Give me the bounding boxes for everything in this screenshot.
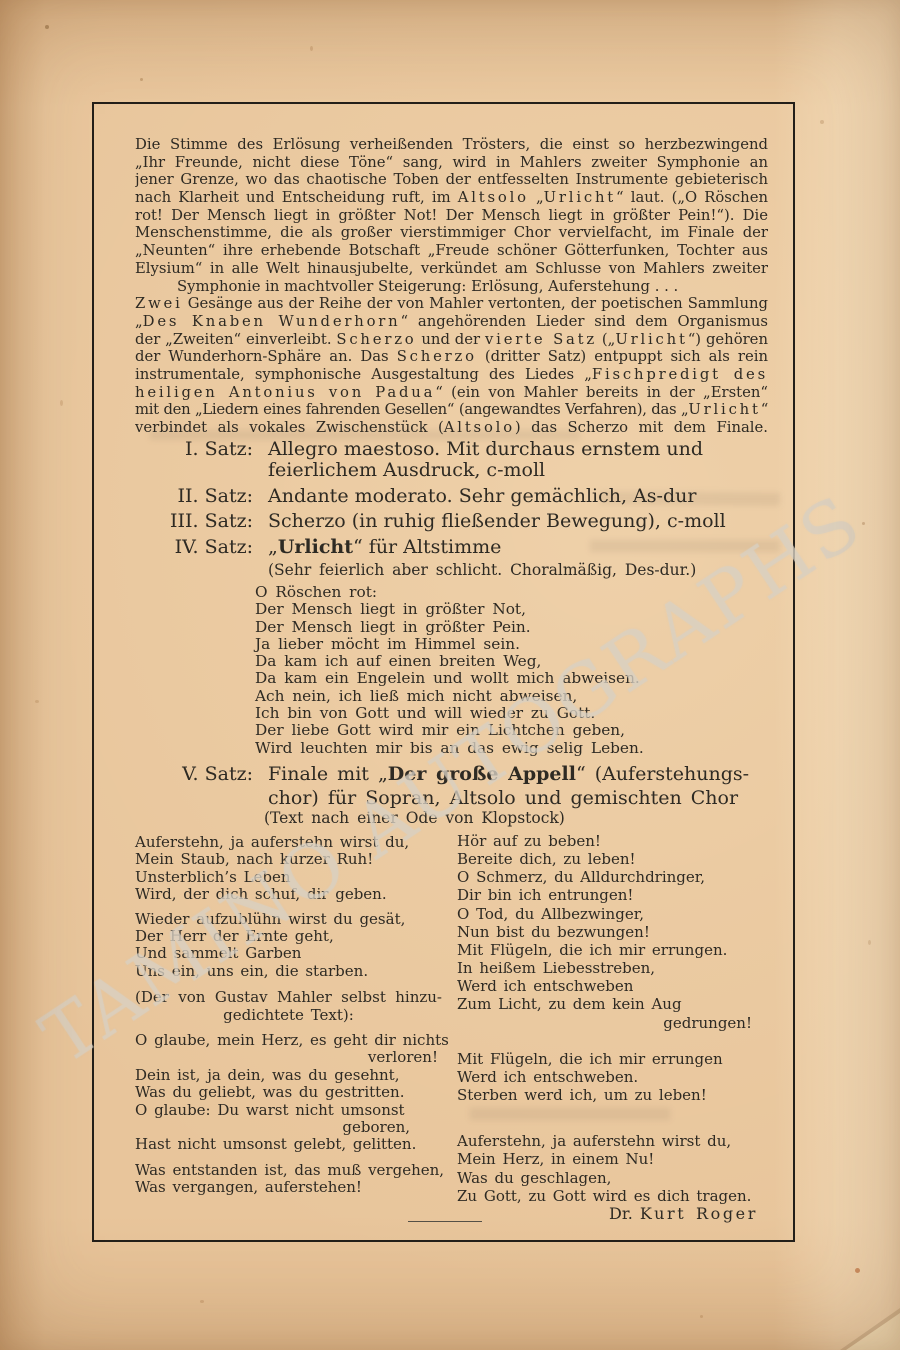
text-run: O Röschen rot: bbox=[255, 583, 377, 601]
text-run: Finale mit „ bbox=[268, 763, 388, 785]
chorus-left-column: Auferstehn, ja auferstehn wirst du,Mein … bbox=[135, 832, 442, 1197]
text-line: Und sammelt Garben bbox=[135, 945, 442, 962]
stanza: Hör auf zu beben!Bereite dich, zu leben!… bbox=[457, 832, 772, 1032]
finale-heading-lines: Finale mit „Der große Appell“ (Aufersteh… bbox=[268, 762, 780, 810]
text-run: “ (ein von Mahler bereits in der „Ersten… bbox=[435, 384, 768, 401]
text-run: Der große Appell bbox=[388, 763, 576, 785]
text-run: Altsolo bbox=[458, 189, 529, 206]
text-line: Scherzo (in ruhig fließender Bewegung), … bbox=[268, 511, 775, 532]
text-run: der Wunderhorn-Sphäre an. Das bbox=[135, 348, 397, 365]
text-run: Symphonie in machtvoller Steigerung: Erl… bbox=[177, 278, 678, 295]
paper-speck bbox=[862, 522, 865, 525]
stanza: Auferstehn, ja auferstehn wirst du,Mein … bbox=[457, 1132, 772, 1205]
text-run: Scherzo (in ruhig fließender Bewegung), … bbox=[268, 510, 726, 532]
movement-item: II. Satz:Andante moderato. Sehr gemächli… bbox=[135, 486, 775, 507]
text-line: verbindet als vokales Zwischenstück (Alt… bbox=[135, 419, 768, 437]
text-line: Wird leuchten mir bis an das ewig selig … bbox=[255, 740, 675, 757]
text-line: Unsterblich’s Leben bbox=[135, 869, 442, 886]
finale-line-2: chor) für Sopran, Altsolo und gemischten… bbox=[268, 786, 780, 810]
text-run: Sterben werd ich, um zu leben! bbox=[457, 1086, 707, 1104]
text-line: Hör auf zu beben! bbox=[457, 832, 772, 850]
text-line: O glaube, mein Herz, es geht dir nichts bbox=[135, 1032, 442, 1049]
text-run: Scherzo bbox=[336, 331, 416, 348]
movement-text: „Urlicht“ für Altstimme bbox=[268, 537, 775, 558]
movement-text: Andante moderato. Sehr gemächlich, As-du… bbox=[268, 486, 775, 507]
text-line: Hast nicht umsonst gelebt, gelitten. bbox=[135, 1136, 442, 1153]
text-line: Andante moderato. Sehr gemächlich, As-du… bbox=[268, 486, 775, 507]
text-run: gedrungen! bbox=[663, 1014, 752, 1032]
text-run: In heißem Liebesstreben, bbox=[457, 959, 655, 977]
movement-text: Scherzo (in ruhig fließender Bewegung), … bbox=[268, 511, 775, 532]
klopstock-note: (Text nach einer Ode von Klopstock) bbox=[264, 810, 780, 827]
text-run: “ angehörenden Lieder sind dem Organismu… bbox=[401, 313, 769, 330]
text-line: Werd ich entschweben. bbox=[457, 1068, 772, 1086]
text-run: Werd ich entschweben bbox=[457, 977, 633, 995]
text-line: Was vergangen, auferstehen! bbox=[135, 1179, 442, 1196]
chorus-right-stanzas: Hör auf zu beben!Bereite dich, zu leben!… bbox=[457, 832, 772, 1205]
text-line: instrumentale, symphonische Ausgestaltun… bbox=[135, 366, 768, 384]
movement-items: I. Satz:Allegro maestoso. Mit durchaus e… bbox=[135, 439, 775, 558]
text-line: Menschenstimme, die als großer vierstimm… bbox=[135, 224, 768, 242]
text-line: Was du geliebt, was du gestritten. bbox=[135, 1084, 442, 1101]
paper-speck bbox=[45, 25, 49, 29]
text-line: Der liebe Gott wird mir ein Lichtchen ge… bbox=[255, 722, 675, 739]
text-run: Hast nicht umsonst gelebt, gelitten. bbox=[135, 1135, 416, 1153]
text-line: chor) für Sopran, Altsolo und gemischten… bbox=[268, 786, 780, 810]
text-run: Der Mensch liegt in größter Not, bbox=[255, 600, 526, 618]
text-line: der Wunderhorn-Sphäre an. Das Scherzo (d… bbox=[135, 348, 768, 366]
text-run: Auferstehn, ja auferstehn wirst du, bbox=[135, 833, 409, 851]
text-run: Werd ich entschweben. bbox=[457, 1068, 638, 1086]
text-run: “ (Auferstehungs- bbox=[576, 763, 749, 785]
text-line: Ich bin von Gott und will wieder zu Gott… bbox=[255, 705, 675, 722]
text-run: Urlicht bbox=[615, 331, 687, 348]
text-run: Mein Staub, nach kurzer Ruh! bbox=[135, 850, 373, 868]
text-line: Mein Herz, in einem Nu! bbox=[457, 1150, 772, 1168]
text-line: Da kam ein Engelein und wollt mich abwei… bbox=[255, 670, 675, 687]
text-run: Der Herr der Ernte geht, bbox=[135, 927, 334, 945]
text-line: Der Mensch liegt in größter Pein. bbox=[255, 619, 675, 636]
text-run: Was entstanden ist, das muß vergehen, bbox=[135, 1161, 444, 1179]
text-run: Zum Licht, zu dem kein Aug bbox=[457, 995, 682, 1013]
text-run: Scherzo bbox=[397, 348, 477, 365]
text-run: Der liebe Gott wird mir ein Lichtchen ge… bbox=[255, 721, 625, 739]
text-run: Des Knaben Wunderhorn bbox=[143, 313, 401, 330]
text-line: Dein ist, ja dein, was du gesehnt, bbox=[135, 1067, 442, 1084]
text-run: Gesänge aus der Reihe der von Mahler ver… bbox=[183, 295, 768, 312]
text-run: Was du geliebt, was du gestritten. bbox=[135, 1083, 404, 1101]
text-run: Ja lieber möcht im Himmel sein. bbox=[255, 635, 520, 653]
stanza: Mit Flügeln, die ich mir errungenWerd ic… bbox=[457, 1050, 772, 1104]
text-run: Wird, der dich schuf, dir geben. bbox=[135, 885, 387, 903]
movement-label: II. Satz: bbox=[135, 486, 253, 507]
paper-speck bbox=[855, 1268, 860, 1273]
text-run: Hör auf zu beben! bbox=[457, 832, 601, 850]
text-line: „Des Knaben Wunderhorn“ angehörenden Lie… bbox=[135, 313, 768, 331]
text-line: Was entstanden ist, das muß vergehen, bbox=[135, 1162, 442, 1179]
text-run: mit den „Liedern eines fahrenden Geselle… bbox=[135, 401, 688, 418]
movement-item: I. Satz:Allegro maestoso. Mit durchaus e… bbox=[135, 439, 775, 481]
movement-list: I. Satz:Allegro maestoso. Mit durchaus e… bbox=[135, 439, 775, 579]
text-run: jener Grenze, wo das chaotische Toben de… bbox=[135, 171, 768, 188]
paper-speck bbox=[140, 78, 143, 81]
text-line: Werd ich entschweben bbox=[457, 977, 772, 995]
text-run: („ bbox=[597, 331, 615, 348]
text-run: Und sammelt Garben bbox=[135, 944, 301, 962]
text-run: heiligen Antonius von Padua bbox=[135, 384, 435, 401]
text-line: In heißem Liebesstreben, bbox=[457, 959, 772, 977]
text-line: Die Stimme des Erlösung verheißenden Trö… bbox=[135, 136, 768, 154]
text-run: O glaube: Du warst nicht umsonst bbox=[135, 1101, 405, 1119]
text-line: Elysium“ in alle Welt hinausjubelte, ver… bbox=[135, 260, 768, 278]
text-line: „Neunten“ ihre erhebende Botschaft „Freu… bbox=[135, 242, 768, 260]
text-run: Nun bist du bezwungen! bbox=[457, 923, 650, 941]
text-run: und der bbox=[417, 331, 486, 348]
text-line: Finale mit „Der große Appell“ (Aufersteh… bbox=[268, 762, 780, 786]
text-run: Dir bin ich entrungen! bbox=[457, 886, 633, 904]
text-run: Allegro maestoso. Mit durchaus ernstem u… bbox=[268, 438, 703, 460]
text-run: nach Klarheit und Entscheidung ruft, im bbox=[135, 189, 458, 206]
finale-line-1: Finale mit „Der große Appell“ (Aufersteh… bbox=[268, 762, 780, 786]
text-line: O Röschen rot: bbox=[255, 584, 675, 601]
text-line: Bereite dich, zu leben! bbox=[457, 850, 772, 868]
text-run: “ für Altstimme bbox=[353, 536, 501, 558]
movement-item: III. Satz:Scherzo (in ruhig fließender B… bbox=[135, 511, 775, 532]
text-run: Mein Herz, in einem Nu! bbox=[457, 1150, 654, 1168]
text-line: gedichtete Text): bbox=[135, 1007, 442, 1024]
text-run: Mit Flügeln, die ich mir errungen. bbox=[457, 941, 727, 959]
text-run: “ bbox=[761, 401, 768, 418]
text-line: nach Klarheit und Entscheidung ruft, im … bbox=[135, 189, 768, 207]
paper-speck bbox=[310, 46, 313, 51]
text-line: „Urlicht“ für Altstimme bbox=[268, 537, 775, 558]
urlicht-poem: O Röschen rot:Der Mensch liegt in größte… bbox=[255, 584, 675, 757]
text-line: Ja lieber möcht im Himmel sein. bbox=[255, 636, 675, 653]
text-line: „Ihr Freunde, nicht diese Töne“ sang, wi… bbox=[135, 154, 768, 172]
text-line: Zu Gott, zu Gott wird es dich tragen. bbox=[457, 1187, 772, 1205]
text-run: Zu Gott, zu Gott wird es dich tragen. bbox=[457, 1187, 751, 1205]
text-line: verloren! bbox=[135, 1049, 442, 1066]
text-line: O glaube: Du warst nicht umsonst bbox=[135, 1102, 442, 1119]
text-run: O Tod, du Allbezwinger, bbox=[457, 905, 644, 923]
movement-label: I. Satz: bbox=[135, 439, 253, 481]
text-line: Der Herr der Ernte geht, bbox=[135, 928, 442, 945]
urlicht-tempo-note: (Sehr feierlich aber schlicht. Choralmäß… bbox=[268, 562, 775, 579]
stanza: Was entstanden ist, das muß vergehen,Was… bbox=[135, 1162, 442, 1197]
text-line: feierlichem Ausdruck, c-moll bbox=[268, 460, 775, 481]
paper-speck bbox=[200, 1300, 204, 1303]
stanza: Auferstehn, ja auferstehn wirst du,Mein … bbox=[135, 834, 442, 904]
text-run: “) gehören bbox=[688, 331, 768, 348]
text-run: (dritter Satz) entpuppt sich als rein bbox=[477, 348, 768, 365]
finale-heading: V. Satz: Finale mit „Der große Appell“ (… bbox=[135, 762, 780, 827]
text-run: Elysium“ in alle Welt hinausjubelte, ver… bbox=[135, 260, 768, 277]
text-run: Andante moderato. Sehr gemächlich, As-du… bbox=[268, 485, 696, 507]
text-run: der „Zweiten“ einverleibt. bbox=[135, 331, 336, 348]
text-line: O Schmerz, du Alldurchdringer, bbox=[457, 868, 772, 886]
text-line: heiligen Antonius von Padua“ (ein von Ma… bbox=[135, 384, 768, 402]
text-line: der „Zweiten“ einverleibt. Scherzo und d… bbox=[135, 331, 768, 349]
text-line: mit den „Liedern eines fahrenden Geselle… bbox=[135, 401, 768, 419]
text-run: Urlicht bbox=[544, 189, 616, 206]
text-line: Zwei Gesänge aus der Reihe der von Mahle… bbox=[135, 295, 768, 313]
text-run: „ bbox=[268, 536, 278, 558]
text-run: „Ihr Freunde, nicht diese Töne“ sang, wi… bbox=[135, 154, 768, 171]
text-run: Altsolo bbox=[444, 419, 515, 436]
text-run: Zwei bbox=[135, 295, 183, 312]
text-line: Mit Flügeln, die ich mir errungen bbox=[457, 1050, 772, 1068]
text-run: Was du geschlagen, bbox=[457, 1169, 611, 1187]
movement-label: III. Satz: bbox=[135, 511, 253, 532]
text-run: O glaube, mein Herz, es geht dir nichts bbox=[135, 1031, 449, 1049]
text-run: “ laut. („O Röschen bbox=[616, 189, 768, 206]
text-run: feierlichem Ausdruck, c-moll bbox=[268, 459, 545, 481]
finale-label: V. Satz: bbox=[135, 762, 253, 810]
movement-item: IV. Satz:„Urlicht“ für Altstimme bbox=[135, 537, 775, 558]
text-run: Der Mensch liegt in größter Pein. bbox=[255, 618, 531, 636]
text-run: Mit Flügeln, die ich mir errungen bbox=[457, 1050, 723, 1068]
paper-speck bbox=[868, 940, 871, 945]
text-run: vierte Satz bbox=[485, 331, 597, 348]
text-line: Mein Staub, nach kurzer Ruh! bbox=[135, 851, 442, 868]
text-line: Wieder aufzublühn wirst du gesät, bbox=[135, 911, 442, 928]
stanza: Wieder aufzublühn wirst du gesät,Der Her… bbox=[135, 911, 442, 981]
text-line: Uns ein, uns ein, die starben. bbox=[135, 963, 442, 980]
text-line: Der Mensch liegt in größter Not, bbox=[255, 601, 675, 618]
text-run: chor) für Sopran, Altsolo und gemischten… bbox=[268, 787, 738, 809]
text-line: rot! Der Mensch liegt in größter Not! De… bbox=[135, 207, 768, 225]
text-line: (Der von Gustav Mahler selbst hinzu- bbox=[135, 989, 442, 1006]
text-line: Da kam ich auf einen breiten Weg, bbox=[255, 653, 675, 670]
paper-speck bbox=[820, 120, 824, 124]
paper-speck bbox=[35, 700, 39, 703]
text-run: Urlicht bbox=[688, 401, 760, 418]
text-run: Uns ein, uns ein, die starben. bbox=[135, 962, 368, 980]
text-run: „Neunten“ ihre erhebende Botschaft „Freu… bbox=[135, 242, 768, 259]
text-run: Ich bin von Gott und will wieder zu Gott… bbox=[255, 704, 595, 722]
text-run: Die Stimme des Erlösung verheißenden Trö… bbox=[135, 136, 768, 153]
text-run: Dr. bbox=[609, 1204, 640, 1223]
text-run: ) das Scherzo mit dem Finale. bbox=[515, 419, 768, 436]
page-corner-fold bbox=[846, 1313, 900, 1350]
text-run: „ bbox=[529, 189, 544, 206]
movement-text: Allegro maestoso. Mit durchaus ernstem u… bbox=[268, 439, 775, 481]
text-line: Auferstehn, ja auferstehn wirst du, bbox=[135, 834, 442, 851]
chorus-right-column: Hör auf zu beben!Bereite dich, zu leben!… bbox=[457, 832, 772, 1223]
text-run: Ach nein, ich ließ mich nicht abweisen, bbox=[255, 687, 577, 705]
text-run: Auferstehn, ja auferstehn wirst du, bbox=[457, 1132, 731, 1150]
text-run: Da kam ich auf einen breiten Weg, bbox=[255, 652, 541, 670]
divider-rule bbox=[408, 1221, 482, 1222]
text-run: Was vergangen, auferstehen! bbox=[135, 1178, 362, 1196]
paper-speck bbox=[700, 1315, 703, 1318]
movement-label: IV. Satz: bbox=[135, 537, 253, 558]
text-run: (Der von Gustav Mahler selbst hinzu- bbox=[135, 989, 442, 1006]
text-run: Unsterblich’s Leben bbox=[135, 868, 291, 886]
text-run: verloren! bbox=[368, 1048, 438, 1066]
text-run: rot! Der Mensch liegt in größter Not! De… bbox=[135, 207, 768, 224]
text-line: Allegro maestoso. Mit durchaus ernstem u… bbox=[268, 439, 775, 460]
signature: Dr. Kurt Roger bbox=[457, 1205, 772, 1223]
text-line: Dr. Kurt Roger bbox=[457, 1205, 758, 1223]
scanned-program-page: { "page": { "paper_color": "#e8c59b", "i… bbox=[0, 0, 900, 1350]
text-line: Ach nein, ich ließ mich nicht abweisen, bbox=[255, 688, 675, 705]
text-line: Wird, der dich schuf, dir geben. bbox=[135, 886, 442, 903]
text-line: jener Grenze, wo das chaotische Toben de… bbox=[135, 171, 768, 189]
text-line: O Tod, du Allbezwinger, bbox=[457, 905, 772, 923]
text-line: Was du geschlagen, bbox=[457, 1169, 772, 1187]
text-line: Nun bist du bezwungen! bbox=[457, 923, 772, 941]
intro-paragraph: Die Stimme des Erlösung verheißenden Trö… bbox=[135, 136, 768, 437]
text-line: Zum Licht, zu dem kein Aug bbox=[457, 995, 772, 1013]
stanza: (Der von Gustav Mahler selbst hinzu-gedi… bbox=[135, 989, 442, 1024]
text-line: geboren, bbox=[135, 1119, 442, 1136]
finale-heading-row: V. Satz: Finale mit „Der große Appell“ (… bbox=[135, 762, 780, 810]
text-run: Kurt Roger bbox=[640, 1204, 758, 1223]
text-run: Wieder aufzublühn wirst du gesät, bbox=[135, 910, 405, 928]
text-run: gedichtete Text): bbox=[223, 1006, 354, 1024]
text-run: Fischpredigt des bbox=[592, 366, 768, 383]
text-line: Mit Flügeln, die ich mir errungen. bbox=[457, 941, 772, 959]
text-line: Symphonie in machtvoller Steigerung: Erl… bbox=[135, 278, 768, 296]
text-run: Wird leuchten mir bis an das ewig selig … bbox=[255, 739, 644, 757]
text-run: instrumentale, symphonische Ausgestaltun… bbox=[135, 366, 592, 383]
text-run: „ bbox=[135, 313, 143, 330]
text-run: O Schmerz, du Alldurchdringer, bbox=[457, 868, 705, 886]
stanza: O glaube, mein Herz, es geht dir nichtsv… bbox=[135, 1032, 442, 1154]
text-line: Dir bin ich entrungen! bbox=[457, 886, 772, 904]
text-run: Bereite dich, zu leben! bbox=[457, 850, 636, 868]
text-line: Auferstehn, ja auferstehn wirst du, bbox=[457, 1132, 772, 1150]
paper-speck bbox=[60, 400, 63, 406]
text-run: geboren, bbox=[342, 1118, 410, 1136]
text-run: verbindet als vokales Zwischenstück ( bbox=[135, 419, 444, 436]
text-run: Dein ist, ja dein, was du gesehnt, bbox=[135, 1066, 399, 1084]
text-line: gedrungen! bbox=[457, 1014, 772, 1032]
text-run: Menschenstimme, die als großer vierstimm… bbox=[135, 224, 768, 241]
text-line: Sterben werd ich, um zu leben! bbox=[457, 1086, 772, 1104]
text-run: Urlicht bbox=[278, 536, 353, 558]
text-run: Da kam ein Engelein und wollt mich abwei… bbox=[255, 669, 640, 687]
